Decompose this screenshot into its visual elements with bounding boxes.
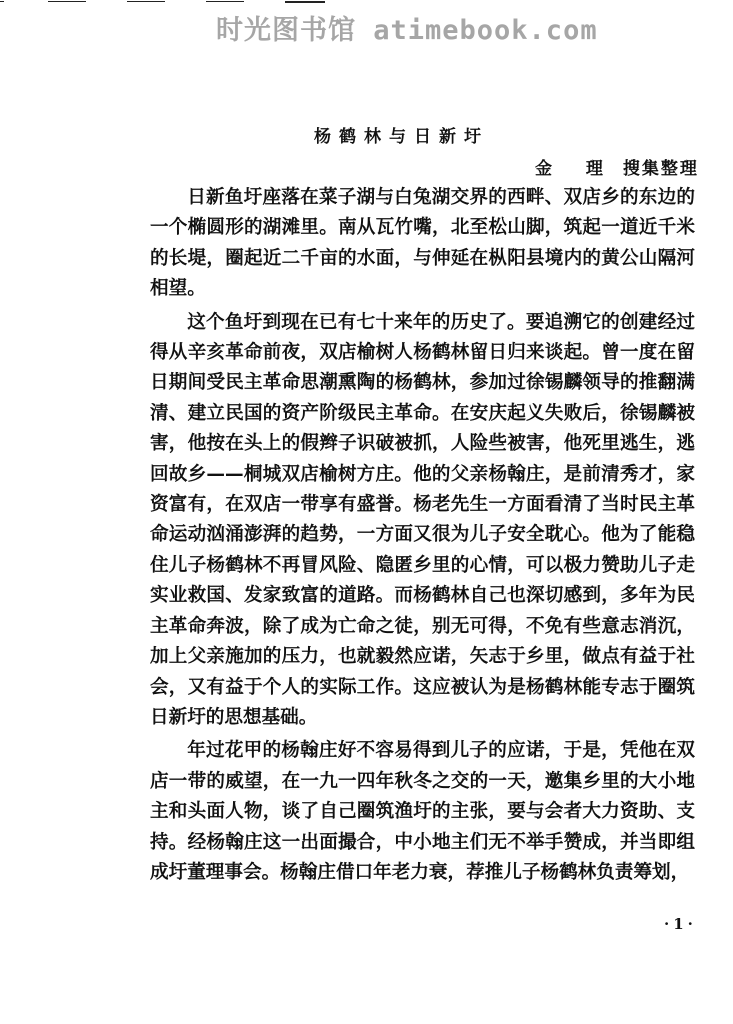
scan-top-marks — [0, 0, 360, 6]
scan-mark — [48, 1, 86, 2]
watermark: 时光图书馆 atimebook.com — [216, 8, 598, 47]
paragraph: 日新鱼圩座落在菜子湖与白兔湖交界的西畔、双店乡的东边的一个椭圆形的湖滩里。南从瓦… — [150, 183, 695, 305]
article-title: 杨鹤林与日新圩 — [0, 122, 733, 147]
scan-mark — [127, 1, 165, 2]
author-name: 金 理 — [535, 159, 617, 179]
scan-mark — [285, 1, 325, 3]
paragraph: 年过花甲的杨翰庄好不容易得到儿子的应诺，于是，凭他在双店一带的威望，在一九一四年… — [150, 736, 695, 888]
article-body: 日新鱼圩座落在菜子湖与白兔湖交界的西畔、双店乡的东边的一个椭圆形的湖滩里。南从瓦… — [150, 183, 695, 891]
scan-mark — [0, 1, 4, 2]
paragraph: 这个鱼圩到现在已有七十来年的历史了。要追溯它的创建经过得从辛亥革命前夜，双店榆树… — [150, 308, 695, 734]
author-line: 金 理 搜集整理 — [535, 154, 699, 179]
scan-mark — [206, 1, 244, 2]
page-number: ·1· — [664, 915, 697, 933]
author-role: 搜集整理 — [623, 159, 699, 179]
